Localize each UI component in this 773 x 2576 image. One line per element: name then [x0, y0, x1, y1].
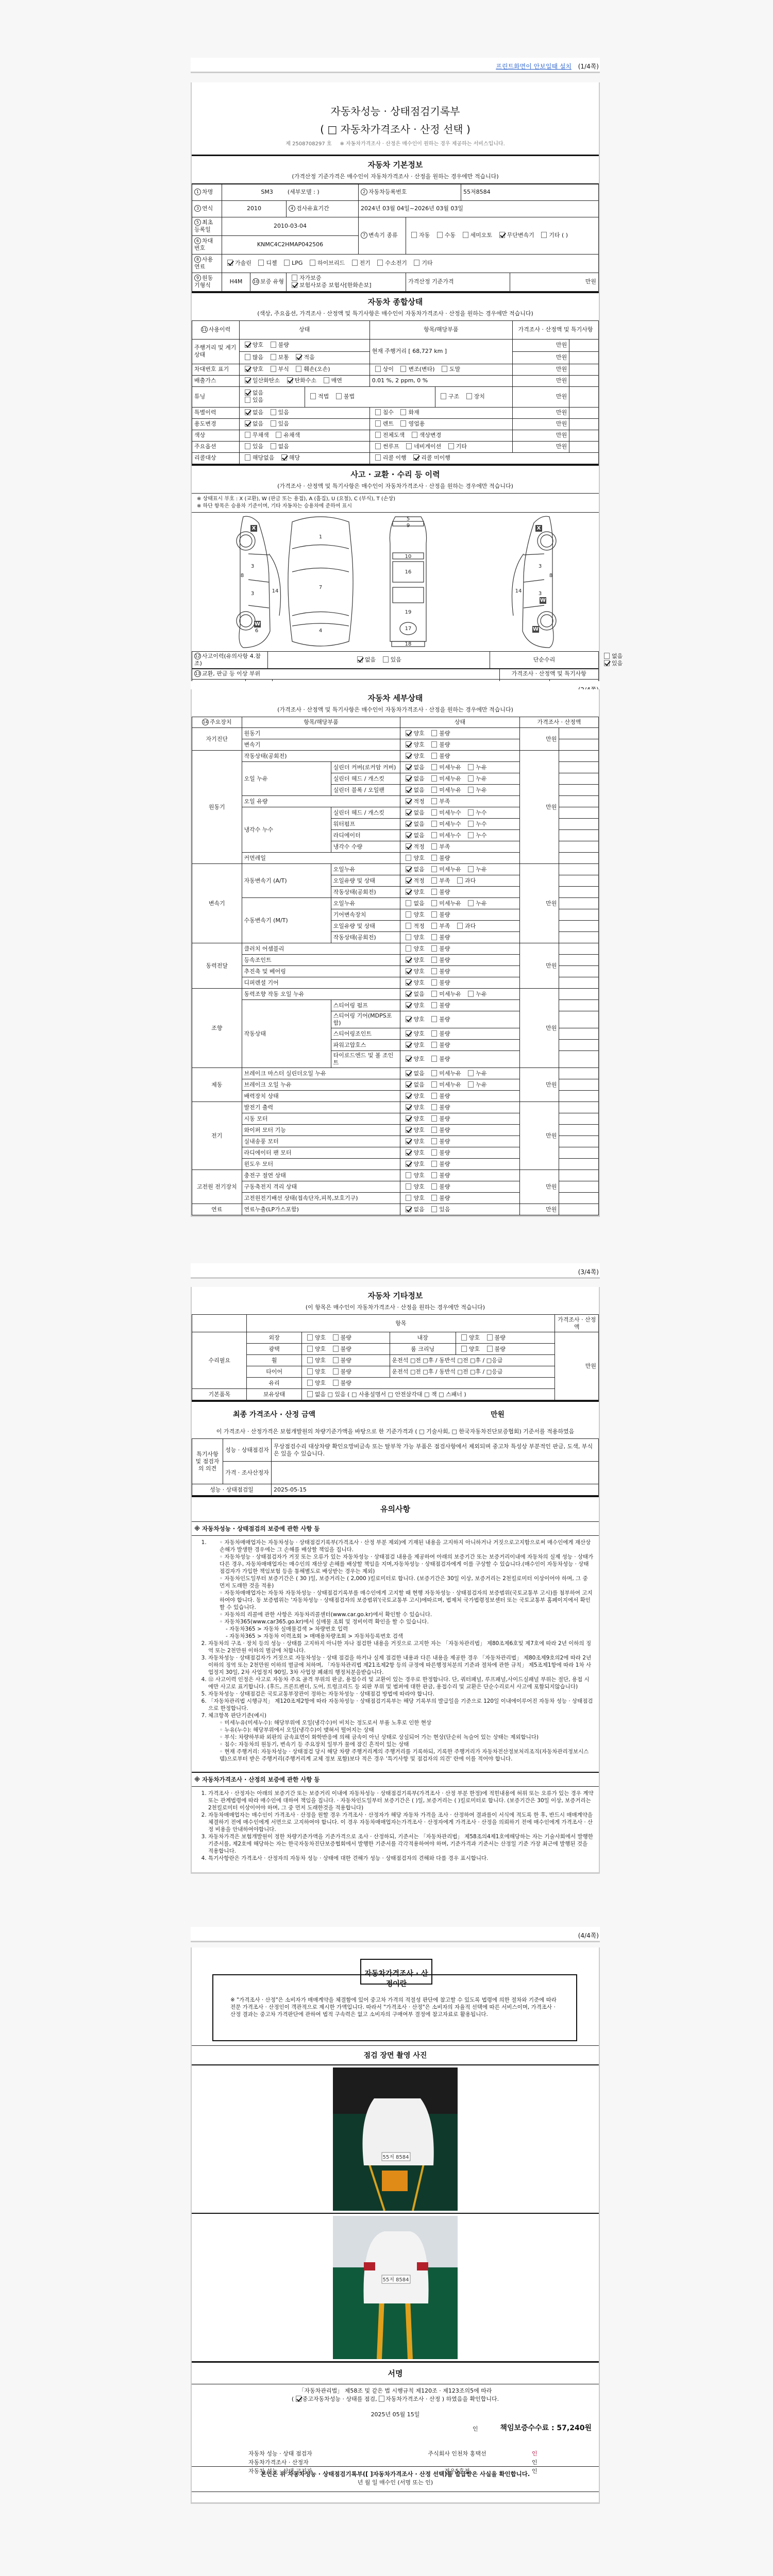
mark-w-quarter-left: W [254, 621, 261, 628]
checkbox[interactable] [406, 945, 411, 952]
checkbox[interactable] [431, 1016, 437, 1022]
svg-text:8: 8 [549, 573, 552, 579]
mark-w-door-right: W [540, 597, 546, 604]
checkbox[interactable] [468, 821, 474, 827]
checkbox[interactable] [468, 1070, 474, 1076]
checkbox[interactable] [414, 260, 419, 266]
page-4: 자동차가격조사 · 산정이란 ※ "가격조사 · 산정"은 소비자가 매매계약을… [191, 1947, 600, 2504]
car-diagram-svg: 338146 174 591016191718 338146 [192, 513, 601, 652]
model-year: 2010 [222, 200, 287, 217]
checkbox[interactable] [431, 1172, 437, 1178]
checkbox[interactable] [406, 855, 411, 861]
checkbox[interactable] [431, 787, 437, 793]
checkbox[interactable] [431, 1002, 437, 1008]
checkbox[interactable] [333, 1334, 339, 1341]
checkbox[interactable] [375, 432, 381, 438]
checkbox[interactable] [245, 389, 250, 396]
checkbox[interactable] [406, 1172, 411, 1178]
svg-text:55저 8584: 55저 8584 [382, 2154, 409, 2160]
page-header-1: 프린트화면이 안보일때 설치 (1/4쪽) [191, 58, 600, 73]
checkbox[interactable] [245, 354, 250, 360]
checkbox[interactable] [406, 1127, 411, 1133]
checkbox[interactable] [406, 1206, 411, 1212]
mark-x-front-fender-right: X [535, 525, 542, 532]
checkbox[interactable] [431, 968, 437, 974]
checkbox[interactable] [431, 923, 437, 929]
svg-text:16: 16 [405, 569, 412, 575]
car-diagram: 338146 174 591016191718 338146 X W X W W [192, 512, 599, 651]
validity: 2024년 03월 04일~2026년 03월 03일 [359, 200, 599, 217]
legend-1: ※ 상태표시 부호 : X (교환), W (판금 또는 용접), A (흠집)… [197, 496, 594, 503]
doc-subtitle: ( □ 자동차가격조사 · 산정 선택 ) [192, 121, 599, 136]
checkbox[interactable] [245, 342, 250, 348]
checkbox[interactable] [431, 798, 437, 804]
checkbox[interactable] [431, 1104, 437, 1110]
photo-front: 55저 8584 [192, 2064, 599, 2213]
svg-text:3: 3 [251, 564, 254, 569]
checkbox[interactable] [406, 1070, 411, 1076]
checkbox[interactable] [431, 911, 437, 918]
checkbox[interactable] [271, 443, 276, 449]
checkbox[interactable] [411, 232, 417, 238]
checkbox[interactable] [448, 443, 454, 449]
car-name: SM3 [261, 189, 273, 195]
checkbox[interactable] [431, 934, 437, 940]
checkbox[interactable] [431, 821, 437, 827]
checkbox[interactable] [307, 1380, 313, 1386]
checkbox[interactable] [406, 991, 411, 997]
svg-text:8: 8 [241, 573, 244, 579]
sign-title: 서명 [192, 2361, 599, 2384]
mark-x-front-fender-left: X [250, 525, 257, 532]
checkbox[interactable] [406, 821, 411, 827]
checkbox[interactable] [307, 1357, 313, 1363]
checkbox[interactable] [406, 1195, 411, 1201]
checkbox[interactable] [406, 764, 411, 770]
vin: KNMC4C2HMAP042506 [222, 235, 359, 254]
svg-text:9: 9 [407, 523, 410, 529]
checkbox[interactable] [406, 730, 411, 736]
seal-stamp: 인 [532, 2449, 537, 2458]
page-number: (1/4쪽) [578, 62, 599, 71]
accident-sub: (가격조사 · 산정액 및 특기사항은 매수인이 자동차가격조사 · 산정을 원… [192, 480, 599, 493]
checkbox[interactable] [245, 397, 250, 403]
checkbox[interactable] [463, 232, 468, 238]
checkbox[interactable] [413, 454, 419, 461]
checkbox[interactable] [245, 454, 250, 461]
basic-info-sub: (가격산정 기준가격은 매수인이 자동차가격조사 · 산정을 원하는 경우에만 … [192, 170, 599, 183]
checkbox[interactable] [431, 1195, 437, 1201]
checkbox[interactable] [333, 1346, 339, 1352]
checkbox[interactable] [499, 232, 505, 238]
checkbox[interactable] [310, 393, 316, 399]
checkbox[interactable] [457, 877, 463, 884]
checkbox[interactable] [406, 1104, 411, 1110]
checkbox[interactable] [406, 798, 411, 804]
svg-text:6: 6 [255, 628, 258, 634]
checkbox[interactable] [400, 409, 406, 415]
checkbox[interactable] [406, 1161, 411, 1167]
checkbox[interactable] [375, 409, 381, 415]
checkbox[interactable] [406, 1081, 411, 1088]
checkbox[interactable] [468, 764, 474, 770]
svg-text:3: 3 [539, 591, 542, 597]
checkbox[interactable] [468, 900, 474, 906]
checkbox[interactable] [406, 923, 411, 929]
checkbox[interactable] [406, 1002, 411, 1008]
checkbox[interactable] [406, 775, 411, 782]
page-2: 자동차 세부상태 (가격조사 · 산정액 및 특기사항은 매수인이 자동차가격조… [191, 689, 600, 1217]
checkbox[interactable] [375, 366, 381, 372]
checkbox[interactable] [431, 889, 437, 895]
checkbox[interactable] [406, 979, 411, 986]
photos-title: 점검 장면 촬영 사진 [192, 2045, 599, 2064]
checkbox[interactable] [400, 420, 406, 427]
checkbox[interactable] [468, 1081, 474, 1088]
checkbox[interactable] [431, 753, 437, 759]
checkbox[interactable] [406, 968, 411, 974]
checkbox[interactable] [307, 1346, 313, 1352]
warranty-fee: 책임보증수수료 : 57,240원 [500, 2422, 592, 2433]
checkbox[interactable] [383, 656, 389, 663]
svg-text:10: 10 [405, 554, 412, 560]
checkbox[interactable] [468, 775, 474, 782]
checkbox[interactable] [276, 432, 281, 438]
print-install-link[interactable]: 프린트화면이 안보일때 설치 [496, 62, 572, 71]
checkbox[interactable] [431, 1149, 437, 1156]
checkbox[interactable] [406, 877, 411, 884]
detail-table: 14주요장치 항목/해당부품 상태 가격조사 · 산정액 자기진단원동기양호 불… [192, 717, 599, 1215]
checkbox[interactable] [406, 934, 411, 940]
checkbox[interactable] [406, 1138, 411, 1144]
checkbox[interactable] [258, 260, 264, 266]
checkbox[interactable] [281, 454, 287, 461]
checkbox[interactable] [431, 991, 437, 997]
checkbox[interactable] [406, 753, 411, 759]
checkbox[interactable] [400, 366, 406, 372]
checkbox[interactable] [406, 1030, 411, 1037]
checkbox[interactable] [457, 923, 463, 929]
checkbox[interactable] [431, 1070, 437, 1076]
checkbox[interactable] [431, 900, 437, 906]
checkbox[interactable] [296, 366, 301, 372]
about-title: 자동차가격조사 · 산정이란 [360, 1959, 432, 1985]
check-appraisal[interactable] [379, 2396, 384, 2402]
checkbox[interactable] [406, 809, 411, 816]
svg-text:14: 14 [272, 588, 279, 594]
photo-rear: 55저 8584 [192, 2213, 599, 2361]
checkbox[interactable] [406, 900, 411, 906]
checkbox[interactable] [604, 653, 610, 659]
notifier-name: 정우5호점 [418, 2467, 496, 2476]
checkbox[interactable] [245, 420, 250, 427]
first-reg-date: 2010-03-04 [222, 217, 359, 235]
doc-title: 자동차성능 · 상태점검기록부 [192, 103, 599, 118]
checkbox[interactable] [468, 809, 474, 816]
overall-sub: (색상, 주요옵션, 가격조사 · 산정액 및 특기사항은 매수인이 자동차가격… [192, 307, 599, 320]
checkbox[interactable] [487, 1334, 493, 1341]
check-inspection[interactable] [296, 2396, 301, 2402]
checkbox[interactable] [431, 1030, 437, 1037]
doc-number: 제 2508708297 호 [285, 141, 331, 147]
checkbox[interactable] [406, 832, 411, 838]
mark-w-quarter-right: W [532, 626, 539, 633]
svg-text:3: 3 [251, 591, 254, 597]
overall-title: 자동차 종합상태 [192, 293, 599, 307]
sign-date: 2025년 05월 15일 [192, 2410, 599, 2418]
opinion-table: 특기사항 및 점검자의 의견성능 · 상태점검자무상점검수리 대상차량 확인요망… [192, 1438, 599, 1496]
svg-text:14: 14 [515, 588, 522, 594]
checkbox[interactable] [406, 957, 411, 963]
checkbox[interactable] [461, 1334, 467, 1341]
checkbox[interactable] [468, 832, 474, 838]
checkbox[interactable] [375, 443, 381, 449]
checkbox[interactable] [431, 1042, 437, 1048]
checkbox[interactable] [271, 342, 276, 348]
svg-text:3: 3 [539, 564, 542, 569]
about-text: ※ "가격조사 · 산정"은 소비자가 매매계약을 체결함에 있어 중고차 가격… [230, 1996, 560, 2018]
page-3: 자동차 기타정보 (이 항목은 매수인이 자동차가격조사 · 산정을 원하는 경… [191, 1287, 600, 1874]
checkbox[interactable] [375, 420, 381, 427]
checkbox[interactable] [431, 1081, 437, 1088]
checkbox[interactable] [431, 1206, 437, 1212]
checkbox[interactable] [352, 260, 358, 266]
notes-section-2: 가격조사 · 산정자는 아래의 보증기간 또는 보증거리 이내에 자동차성능 ·… [192, 1787, 599, 1872]
engine-type: H4M [222, 273, 250, 291]
checkbox[interactable] [307, 1334, 313, 1341]
svg-text:17: 17 [405, 626, 412, 632]
checkbox[interactable] [431, 945, 437, 952]
checkbox[interactable] [406, 1093, 411, 1099]
svg-text:19: 19 [405, 609, 412, 615]
checkbox[interactable] [431, 1056, 437, 1062]
checkbox[interactable] [271, 354, 276, 360]
checkbox[interactable] [431, 764, 437, 770]
warranty-options: 자가보증 보험사보증 보험사[한화손보] [287, 273, 406, 291]
checkbox[interactable] [431, 866, 437, 872]
detail-title: 자동차 세부상태 [192, 689, 599, 703]
checkbox[interactable] [271, 420, 276, 427]
svg-text:1: 1 [319, 534, 322, 540]
checkbox[interactable] [292, 275, 297, 281]
page-1: 자동차성능 · 상태점검기록부 ( □ 자동차가격조사 · 산정 선택 ) 제 … [191, 82, 600, 759]
checkbox[interactable] [245, 409, 250, 415]
checkbox[interactable] [245, 432, 250, 438]
checkbox[interactable] [292, 282, 297, 288]
checkbox[interactable] [310, 260, 315, 266]
checkbox[interactable] [324, 377, 329, 383]
checkbox[interactable] [431, 1138, 437, 1144]
svg-text:4: 4 [319, 628, 322, 634]
checkbox[interactable] [406, 1115, 411, 1122]
checkbox[interactable] [437, 232, 443, 238]
checkbox[interactable] [431, 741, 437, 748]
checkbox[interactable] [406, 787, 411, 793]
accident-table: 12사고이력(유의사항 4.참조) 없음 있음 단순수리 없음 있음 [192, 651, 599, 669]
checkbox[interactable] [442, 366, 447, 372]
mileage-value: 현재 주행거리 [ 68,727 km ] [369, 339, 512, 364]
checkbox[interactable] [441, 393, 446, 399]
checkbox[interactable] [487, 1346, 493, 1352]
checkbox[interactable] [271, 366, 276, 372]
checkbox[interactable] [431, 1115, 437, 1122]
checkbox[interactable] [271, 409, 276, 415]
svg-text:7: 7 [319, 585, 322, 590]
notes-title: 유의사항 [192, 1497, 599, 1521]
accident-title: 사고 · 교환 · 수리 등 이력 [192, 466, 599, 480]
basic-info-title: 자동차 기본정보 [192, 156, 599, 170]
inspection-date: 2025-05-15 [272, 1484, 599, 1496]
transmission-options: 자동 수동 세미오토 무단변속기 기타 ( ) [406, 217, 599, 254]
checkbox[interactable] [431, 1183, 437, 1190]
checkbox[interactable] [431, 775, 437, 782]
checkbox[interactable] [431, 1127, 437, 1133]
checkbox[interactable] [296, 354, 301, 360]
checkbox[interactable] [431, 979, 437, 986]
checkbox[interactable] [406, 1149, 411, 1156]
checkbox[interactable] [541, 232, 547, 238]
checkbox[interactable] [377, 260, 383, 266]
overall-table: 11사용이력 상태 항목/해당부품 가격조사 · 산정액 및 특기사항 주행거리… [192, 320, 599, 464]
checkbox[interactable] [406, 911, 411, 918]
checkbox[interactable] [245, 443, 250, 449]
checkbox[interactable] [406, 741, 411, 748]
etc-sub: (이 항목은 매수인이 자동차가격조사 · 산정을 원하는 경우에만 적습니다) [192, 1301, 599, 1314]
svg-text:5: 5 [407, 516, 410, 522]
checkbox[interactable] [431, 832, 437, 838]
checkbox[interactable] [431, 1093, 437, 1099]
checkbox[interactable] [406, 1056, 411, 1062]
price-basis: 이 가격조사 · 산정가격은 보험개발원의 차량기준가액을 바탕으로 한 기준가… [192, 1421, 599, 1438]
inspector-opinion: 무상점검수리 대상차량 확인요망비금속 또는 탈부착 가능 부품은 점검사항에서… [272, 1439, 599, 1462]
checkbox[interactable] [406, 1016, 411, 1022]
checkbox[interactable] [461, 1346, 467, 1352]
legend-2: ※ 하단 항목은 승용차 기준이며, 기타 자동차는 승용차에 준하여 표시 [197, 503, 594, 510]
inspector-name: 주식회사 인천차 홍택선 [418, 2449, 496, 2458]
checkbox[interactable] [431, 1161, 437, 1167]
checkbox[interactable] [406, 443, 412, 449]
checkbox[interactable] [406, 866, 411, 872]
checkbox[interactable] [406, 889, 411, 895]
checkbox[interactable] [412, 432, 417, 438]
checkbox[interactable] [245, 377, 250, 383]
checkbox[interactable] [466, 393, 472, 399]
etc-table: 항목가격조사 · 산정액 수리필요외장양호 불량내장양호 불량만원 광택양호 불… [192, 1314, 599, 1400]
etc-title: 자동차 기타정보 [192, 1287, 599, 1301]
checkbox[interactable] [431, 843, 437, 850]
detail-sub: (가격조사 · 산정액 및 특기사항은 매수인이 자동차가격조사 · 산정을 원… [192, 703, 599, 717]
checkbox[interactable] [431, 730, 437, 736]
page-header-3: (3/4쪽) [191, 1263, 600, 1279]
basic-info-table: 1차명 SM3 (세부모델 : ) 2자동차등록번호 55저8584 3연식 2… [192, 183, 599, 292]
checkbox[interactable] [284, 260, 290, 266]
page-header-4: (4/4쪽) [191, 1927, 600, 1942]
checkbox[interactable] [431, 877, 437, 884]
checkbox[interactable] [468, 991, 474, 997]
checkbox[interactable] [468, 787, 474, 793]
checkbox[interactable] [406, 1042, 411, 1048]
checkbox[interactable] [406, 843, 411, 850]
doc-notice: ※ 자동차가격조사 · 산정은 매수인이 원하는 경우 제공하는 서비스입니다. [340, 141, 505, 147]
svg-text:18: 18 [405, 641, 412, 647]
fuel-options: 가솔린 디젤 LPG 하이브리드 전기 수소전기 기타 [222, 254, 599, 273]
checkbox[interactable] [333, 1368, 339, 1375]
checkbox[interactable] [468, 866, 474, 872]
checkbox[interactable] [375, 454, 381, 461]
photo-front-image: 55저 8584 [333, 2067, 458, 2211]
checkbox[interactable] [406, 1183, 411, 1190]
checkbox[interactable] [336, 393, 342, 399]
checkbox[interactable] [431, 855, 437, 861]
checkbox[interactable] [287, 377, 293, 383]
checkbox[interactable] [431, 809, 437, 816]
checkbox[interactable] [333, 1357, 339, 1363]
notes-section-1: 자동차매매업자는 자동차성능 · 상태점검기록부(가격조사 · 산정 부분 제외… [192, 1536, 599, 1766]
checkbox[interactable] [245, 366, 250, 372]
checkbox[interactable] [431, 957, 437, 963]
reg-number: 55저8584 [461, 184, 599, 200]
checkbox[interactable] [227, 260, 233, 266]
photo-rear-image: 55저 8584 [333, 2216, 458, 2359]
sign-section: 「자동차관리법」 제58조 및 같은 법 시행규칙 제120조 · 제123조의… [192, 2384, 599, 2466]
checkbox[interactable] [357, 656, 363, 663]
checkbox[interactable] [307, 1368, 313, 1375]
checkbox[interactable] [604, 660, 610, 666]
final-price-label: 최종 가격조사 · 산정 금액 [233, 1409, 315, 1419]
svg-text:55저 8584: 55저 8584 [382, 2276, 409, 2283]
checkbox[interactable] [333, 1380, 339, 1386]
